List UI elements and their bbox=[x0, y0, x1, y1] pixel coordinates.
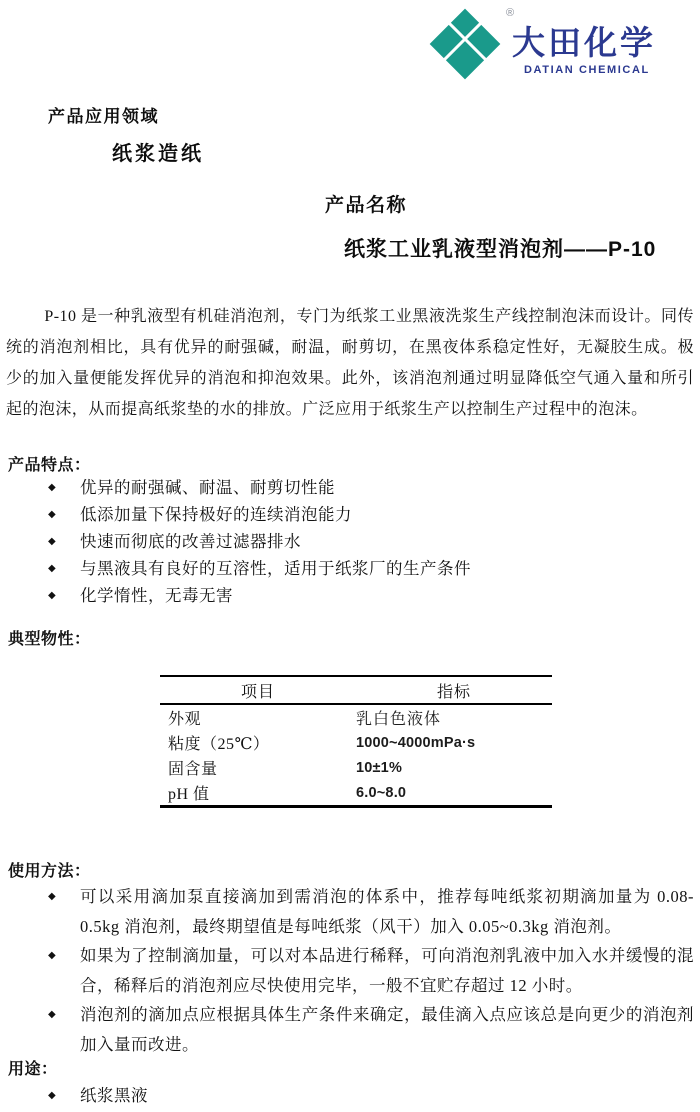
intro-paragraph: P-10 是一种乳液型有机硅消泡剂，专门为纸浆工业黑液洗浆生产线控制泡沫而设计。… bbox=[6, 301, 694, 425]
feature-text: 快速而彻底的改善过滤器排水 bbox=[80, 532, 301, 551]
property-value: 1000~4000mPa·s bbox=[356, 730, 552, 755]
usage-text: 可以采用滴加泵直接滴加到需消泡的体系中，推荐每吨纸浆初期滴加量为 0.08-0.… bbox=[80, 887, 694, 936]
property-name: 外观 bbox=[160, 704, 356, 730]
bullet-diamond-icon: ◆ bbox=[48, 1082, 56, 1109]
brand-name-chinese: 大田化学 bbox=[512, 26, 656, 59]
list-item: ◆ 消泡剂的滴加点应根据具体生产条件来确定，最佳滴入点应该总是向更少的消泡剂加入… bbox=[40, 1000, 694, 1059]
table-row: pH 值 6.0~8.0 bbox=[160, 780, 552, 807]
purpose-heading: 用途： bbox=[8, 1056, 58, 1079]
properties-heading: 典型物性： bbox=[8, 626, 91, 649]
feature-text: 化学惰性，无毒无害 bbox=[80, 586, 233, 605]
product-name-heading: 产品名称 bbox=[325, 190, 407, 217]
bullet-diamond-icon: ◆ bbox=[48, 882, 56, 912]
property-name: 粘度（25℃） bbox=[160, 730, 356, 755]
table-header-item: 项目 bbox=[160, 676, 356, 704]
property-value: 乳白色液体 bbox=[356, 704, 552, 730]
application-field-value: 纸浆造纸 bbox=[112, 137, 204, 166]
list-item: ◆ 低添加量下保持极好的连续消泡能力 bbox=[40, 501, 680, 528]
properties-table: 项目 指标 外观 乳白色液体 粘度（25℃） 1000~4000mPa·s 固含… bbox=[160, 675, 552, 808]
bullet-diamond-icon: ◆ bbox=[48, 474, 56, 501]
purpose-text: 纸浆黑液 bbox=[80, 1086, 148, 1105]
usage-heading: 使用方法： bbox=[8, 858, 91, 881]
list-item: ◆ 如果为了控制滴加量，可以对本品进行稀释，可向消泡剂乳液中加入水并缓慢的混合，… bbox=[40, 941, 694, 1000]
property-name: pH 值 bbox=[160, 780, 356, 807]
table-row: 粘度（25℃） 1000~4000mPa·s bbox=[160, 730, 552, 755]
property-value: 10±1% bbox=[356, 755, 552, 780]
company-logo: ® 大田化学 DATIAN CHEMICAL bbox=[430, 10, 670, 90]
purpose-list: ◆ 纸浆黑液 bbox=[40, 1082, 680, 1109]
feature-text: 优异的耐强碱、耐温、耐剪切性能 bbox=[80, 478, 335, 497]
product-name-value: 纸浆工业乳液型消泡剂——P-10 bbox=[344, 233, 656, 263]
usage-text: 如果为了控制滴加量，可以对本品进行稀释，可向消泡剂乳液中加入水并缓慢的混合，稀释… bbox=[80, 946, 694, 995]
bullet-diamond-icon: ◆ bbox=[48, 1000, 56, 1030]
table-row: 固含量 10±1% bbox=[160, 755, 552, 780]
usage-list: ◆ 可以采用滴加泵直接滴加到需消泡的体系中，推荐每吨纸浆初期滴加量为 0.08-… bbox=[40, 882, 696, 1059]
usage-text: 消泡剂的滴加点应根据具体生产条件来确定，最佳滴入点应该总是向更少的消泡剂加入量而… bbox=[80, 1005, 694, 1054]
feature-text: 与黑液具有良好的互溶性，适用于纸浆厂的生产条件 bbox=[80, 559, 471, 578]
features-heading: 产品特点： bbox=[8, 452, 91, 475]
feature-text: 低添加量下保持极好的连续消泡能力 bbox=[80, 505, 352, 524]
brand-name-english: DATIAN CHEMICAL bbox=[524, 64, 650, 76]
bullet-diamond-icon: ◆ bbox=[48, 501, 56, 528]
property-name: 固含量 bbox=[160, 755, 356, 780]
list-item: ◆ 纸浆黑液 bbox=[40, 1082, 680, 1109]
table-header-row: 项目 指标 bbox=[160, 676, 552, 704]
logo-diamond-icon bbox=[430, 9, 501, 80]
registered-trademark-icon: ® bbox=[506, 7, 514, 19]
features-list: ◆ 优异的耐强碱、耐温、耐剪切性能 ◆ 低添加量下保持极好的连续消泡能力 ◆ 快… bbox=[40, 474, 680, 609]
table-row: 外观 乳白色液体 bbox=[160, 704, 552, 730]
bullet-diamond-icon: ◆ bbox=[48, 582, 56, 609]
bullet-diamond-icon: ◆ bbox=[48, 528, 56, 555]
table-header-spec: 指标 bbox=[356, 676, 552, 704]
list-item: ◆ 优异的耐强碱、耐温、耐剪切性能 bbox=[40, 474, 680, 501]
list-item: ◆ 化学惰性，无毒无害 bbox=[40, 582, 680, 609]
list-item: ◆ 快速而彻底的改善过滤器排水 bbox=[40, 528, 680, 555]
application-field-heading: 产品应用领域 bbox=[48, 102, 159, 127]
list-item: ◆ 可以采用滴加泵直接滴加到需消泡的体系中，推荐每吨纸浆初期滴加量为 0.08-… bbox=[40, 882, 694, 941]
list-item: ◆ 与黑液具有良好的互溶性，适用于纸浆厂的生产条件 bbox=[40, 555, 680, 582]
bullet-diamond-icon: ◆ bbox=[48, 555, 56, 582]
property-value: 6.0~8.0 bbox=[356, 780, 552, 807]
bullet-diamond-icon: ◆ bbox=[48, 941, 56, 971]
